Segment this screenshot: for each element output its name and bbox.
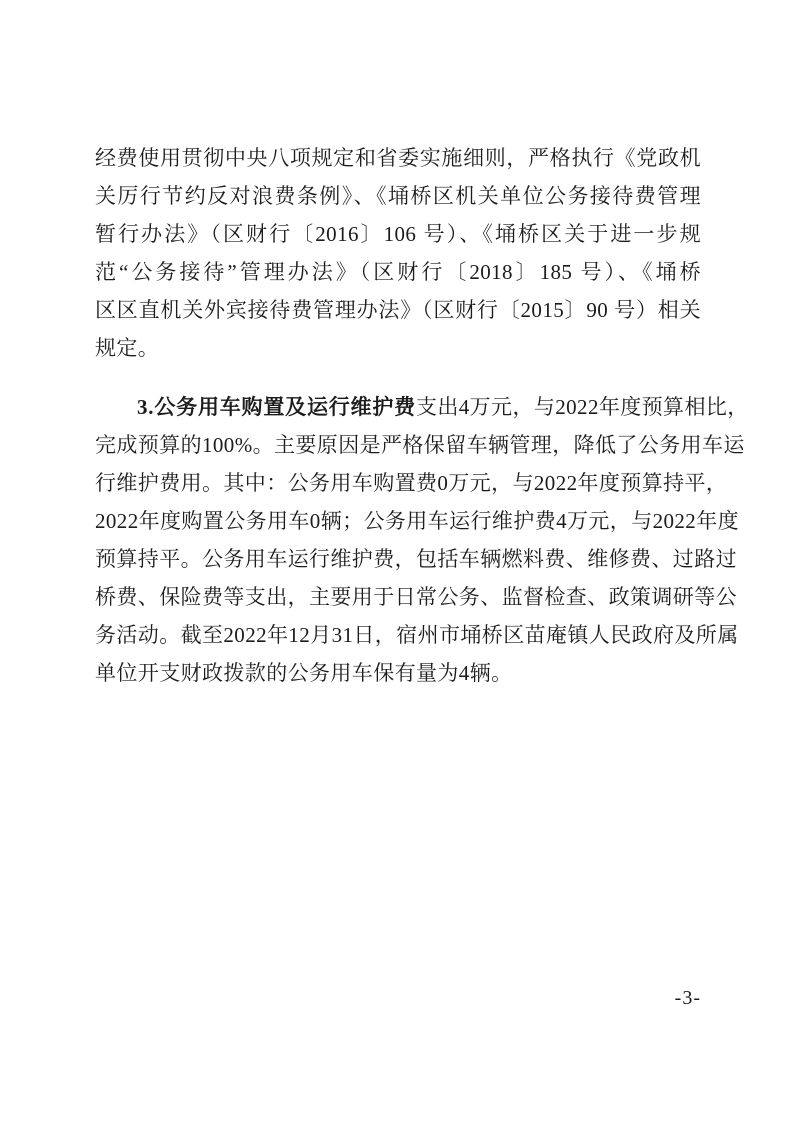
section-heading: 3.公务用车购置及运行维护费 [137,395,416,419]
text-line: 3.公务用车购置及运行维护费支出4万元，与2022年度预算相比， [95,388,701,426]
document-body: 经费使用贯彻中央八项规定和省委实施细则，严格执行《党政机 关厉行节约反对浪费条例… [95,139,701,692]
text-line: 关厉行节约反对浪费条例》、《埇桥区机关单位公务接待费管理 [95,177,701,215]
text-line: 范“公务接待”管理办法》（区财行〔2018〕185 号）、《埇桥 [95,253,701,291]
page-number: -3- [675,983,701,1013]
text-line: 预算持平。公务用车运行维护费，包括车辆燃料费、维修费、过路过 [95,540,701,578]
text-line: 2022年度购置公务用车0辆；公务用车运行维护费4万元，与2022年度 [95,502,701,540]
text-line: 区区直机关外宾接待费管理办法》（区财行〔2015〕90 号）相关 [95,291,701,329]
text-line: 行维护费用。其中：公务用车购置费0万元，与2022年度预算持平， [95,464,701,502]
text-segment: 支出4万元，与2022年度预算相比， [416,395,749,419]
text-line: 桥费、保险费等支出，主要用于日常公务、监督检查、政策调研等公 [95,578,701,616]
text-line: 暂行办法》（区财行〔2016〕106 号）、《埇桥区关于进一步规 [95,215,701,253]
text-line: 规定。 [95,329,701,367]
paragraph-vehicle-expenses: 3.公务用车购置及运行维护费支出4万元，与2022年度预算相比， 完成预算的10… [95,388,701,692]
text-line: 经费使用贯彻中央八项规定和省委实施细则，严格执行《党政机 [95,139,701,177]
text-line: 务活动。截至2022年12月31日，宿州市埇桥区苗庵镇人民政府及所属 [95,616,701,654]
text-line: 单位开支财政拨款的公务用车保有量为4辆。 [95,654,701,692]
paragraph-regulations: 经费使用贯彻中央八项规定和省委实施细则，严格执行《党政机 关厉行节约反对浪费条例… [95,139,701,367]
document-page: 经费使用贯彻中央八项规定和省委实施细则，严格执行《党政机 关厉行节约反对浪费条例… [0,0,793,1122]
text-line: 完成预算的100%。主要原因是严格保留车辆管理，降低了公务用车运 [95,426,701,464]
